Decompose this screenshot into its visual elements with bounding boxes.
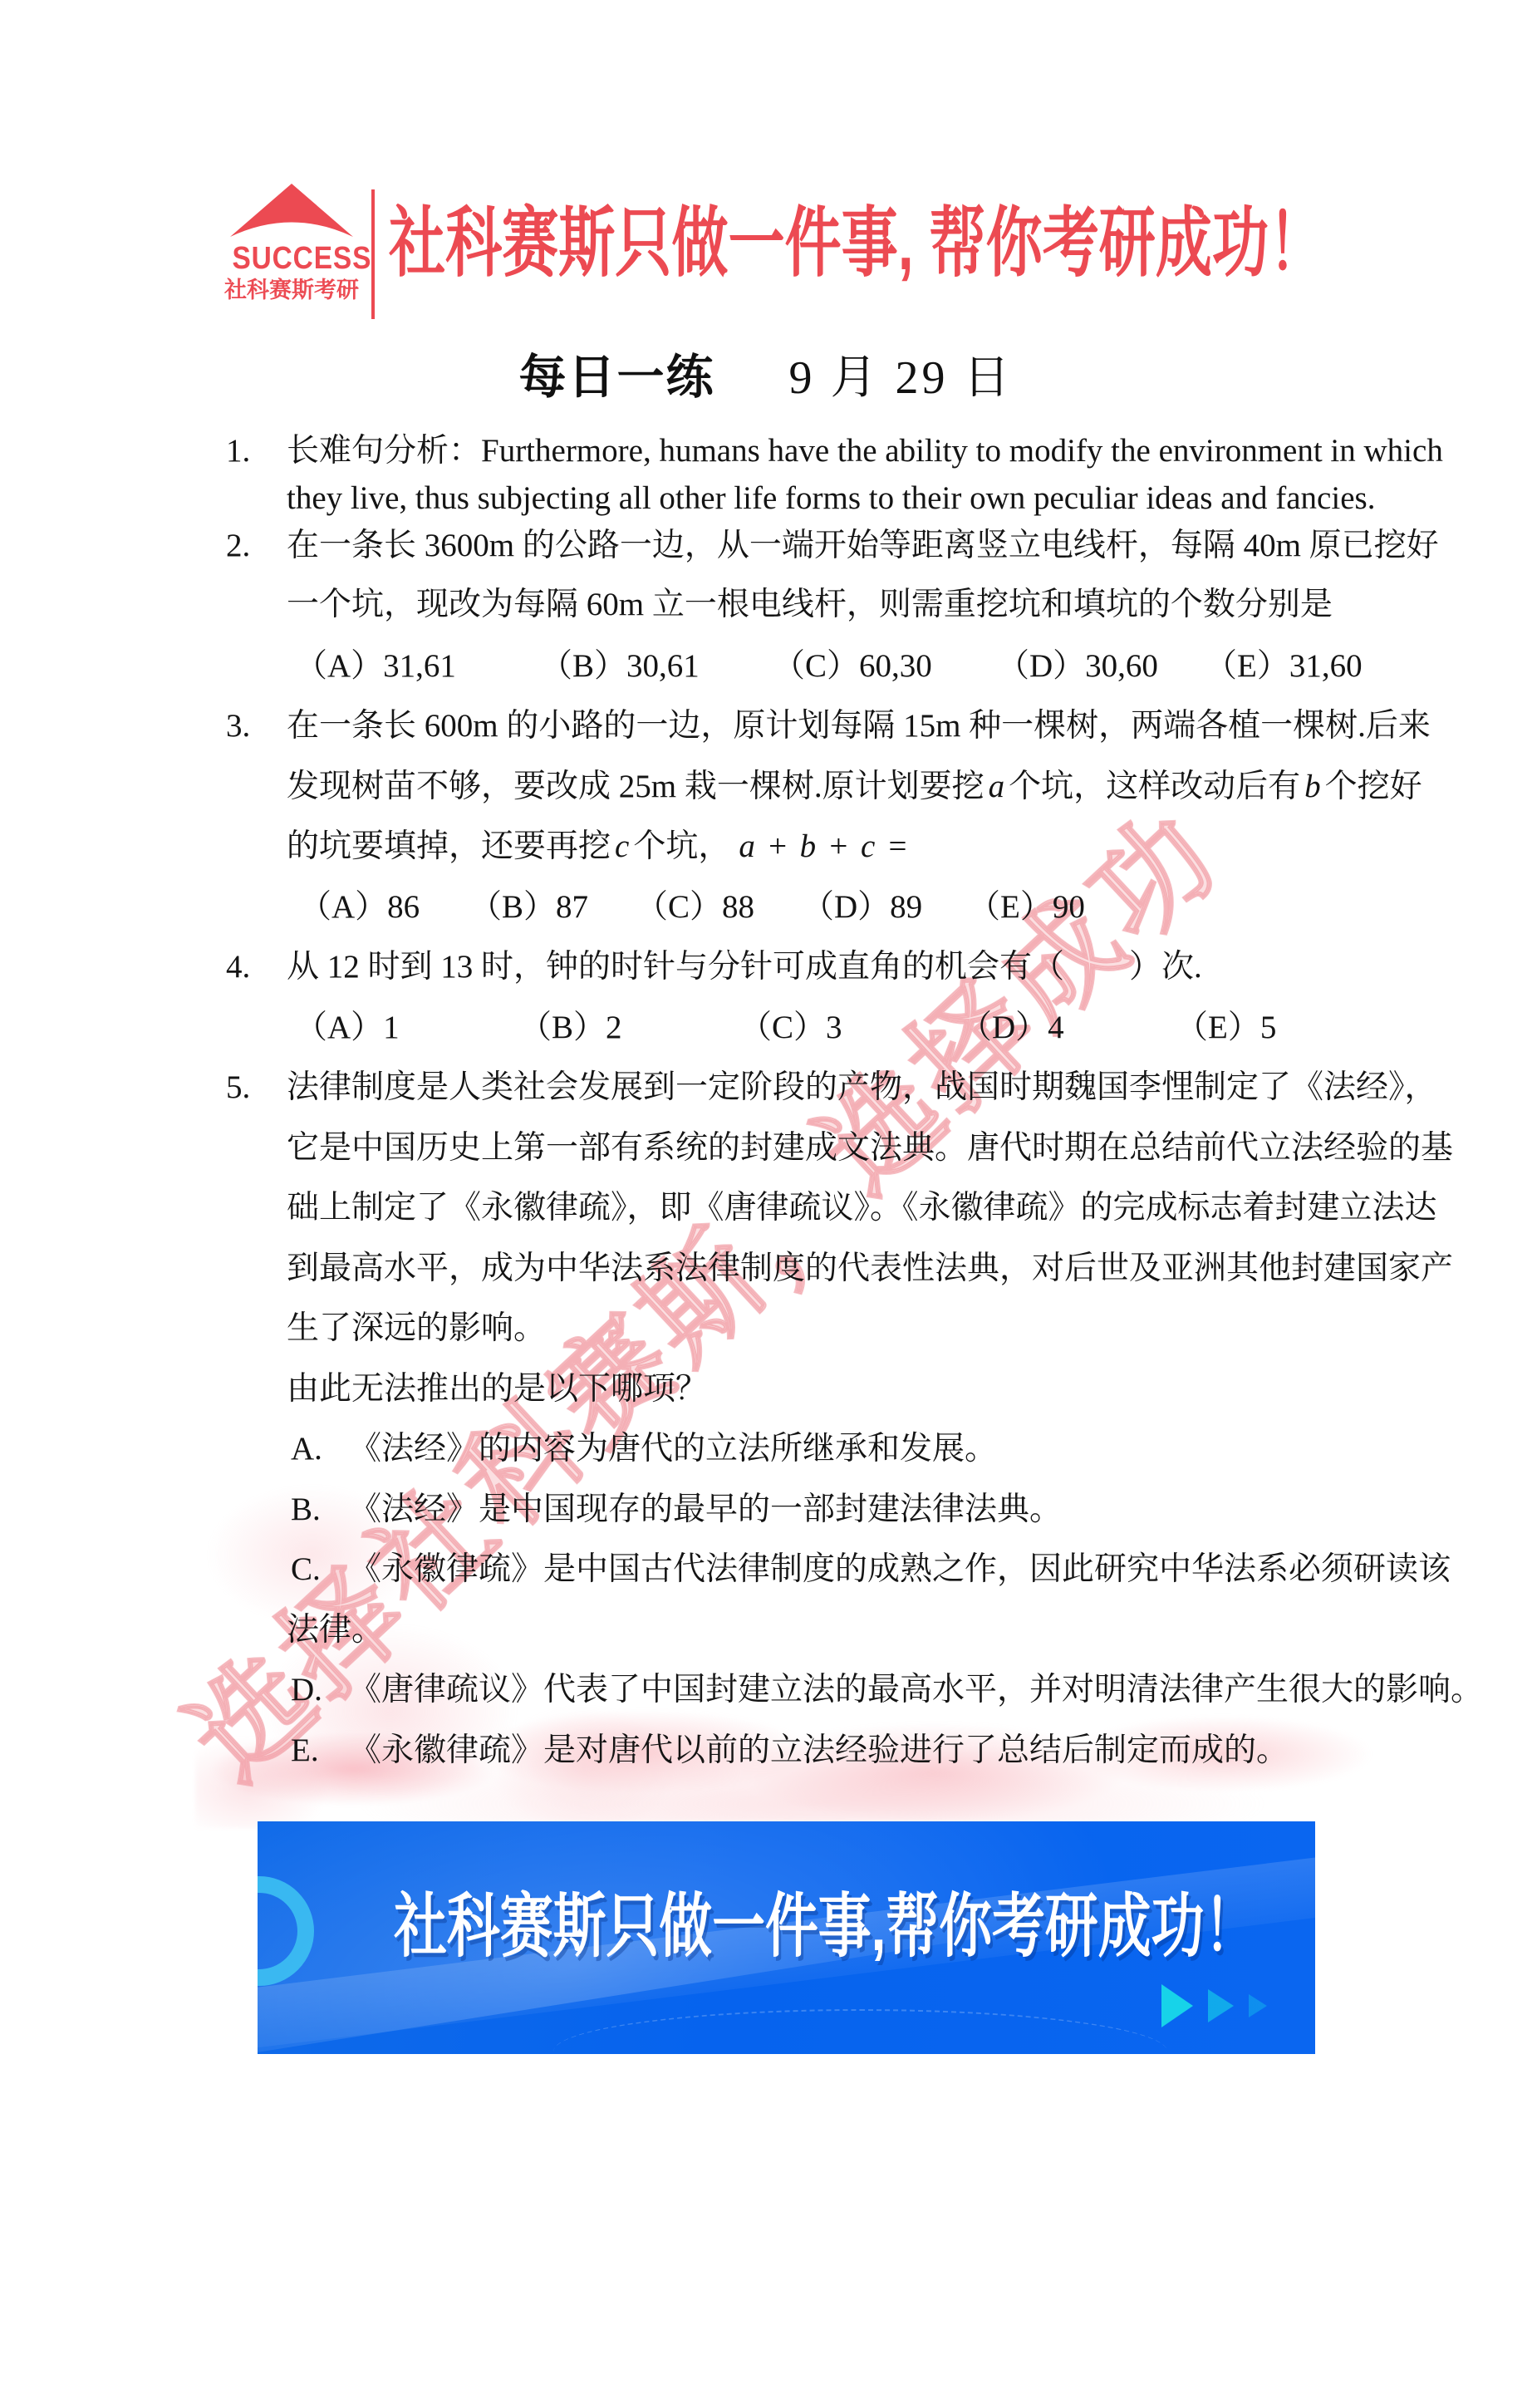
question-3-line-2: 发现树苗不够，要改成 25m 栽一棵树.原计划要挖a个坑，这样改动后有b个挖好 xyxy=(226,765,1422,808)
choice-label: A. xyxy=(291,1428,349,1471)
question-5-line-5: 生了深远的影响。 xyxy=(226,1307,546,1350)
choice-c-line-2: 法律。 xyxy=(226,1609,384,1652)
question-5-line-1: 5.法律制度是人类社会发展到一定阶段的产物，战国时期魏国李悝制定了《法经》， xyxy=(226,1066,1437,1109)
triangle-arrow-icon xyxy=(1161,1984,1193,2027)
choice-label: B. xyxy=(291,1488,349,1531)
choice-label: E. xyxy=(291,1729,349,1772)
choice-c: C.《永徽律疏》是中国古代法律制度的成熟之作，因此研究中华法系必须研读该 xyxy=(226,1548,1451,1591)
question-5-line-2: 它是中国历史上第一部有系统的封建成文法典。唐代时期在总结前代立法经验的基 xyxy=(226,1127,1453,1170)
success-logo: SUCCESS 社科赛斯考研 xyxy=(223,183,361,304)
banner-slogan: 社科赛斯只做一件事,帮你考研成功！ xyxy=(258,1883,1315,1969)
choice-label: C. xyxy=(291,1548,349,1591)
title-date: 9 月 29 日 xyxy=(789,352,1014,404)
question-number: 1. xyxy=(226,430,287,473)
option-c: （C）3 xyxy=(739,1006,842,1049)
option-d: （D）4 xyxy=(960,1006,1064,1049)
option-a: （A）31,61 xyxy=(295,645,456,688)
variable-a: a xyxy=(985,769,1009,804)
roof-icon xyxy=(223,183,361,239)
choice-label: D. xyxy=(291,1668,349,1712)
option-c: （C）60,30 xyxy=(773,645,932,688)
option-b: （B）30,61 xyxy=(540,645,700,688)
choice-e: E.《永徽律疏》是对唐代以前的立法经验进行了总结后制定而成的。 xyxy=(226,1729,1289,1772)
option-a: （A）1 xyxy=(295,1006,400,1049)
variable-c: c xyxy=(611,828,633,864)
option-e: （E）5 xyxy=(1176,1006,1276,1049)
question-3-line-3: 的坑要填掉，还要再挖c个坑，a + b + c = xyxy=(226,825,910,868)
choice-b: B.《法经》是中国现存的最早的一部封建法律法典。 xyxy=(226,1488,1062,1531)
logo-subtitle: 社科赛斯考研 xyxy=(223,276,361,304)
question-number: 5. xyxy=(226,1066,287,1109)
question-number: 4. xyxy=(226,946,287,989)
play-triangles-icon xyxy=(1161,1984,1267,2027)
title-name: 每日一练 xyxy=(519,351,715,404)
option-a: （A）86 xyxy=(299,886,420,929)
header-divider xyxy=(371,189,375,319)
option-e: （E）90 xyxy=(968,886,1085,929)
question-number: 3. xyxy=(226,705,287,748)
equation: a + b + c = xyxy=(730,828,910,864)
choice-a: A.《法经》的内容为唐代的立法所继承和发展。 xyxy=(226,1428,997,1471)
question-1-line-1: 1.长难句分析：Furthermore, humans have the abi… xyxy=(226,430,1443,473)
question-number: 2. xyxy=(226,524,287,568)
promo-banner: 社科赛斯只做一件事,帮你考研成功！ xyxy=(258,1821,1315,2054)
option-e: （E）31,60 xyxy=(1205,645,1363,688)
page-title: 每日一练 9 月 29 日 xyxy=(0,339,1532,407)
question-1-line-2: they live, thus subjecting all other lif… xyxy=(226,477,1375,520)
option-b: （B）87 xyxy=(469,886,588,929)
triangle-arrow-icon xyxy=(1249,1994,1267,2017)
question-2-line-2: 一个坑，现改为每隔 60m 立一根电线杆，则需重挖坑和填坑的个数分别是 xyxy=(226,583,1333,627)
option-d: （D）30,60 xyxy=(997,645,1158,688)
option-d: （D）89 xyxy=(802,886,922,929)
question-5-line-3: 础上制定了《永徽律疏》，即《唐律疏议》。《永徽律疏》的完成标志着封建立法达 xyxy=(226,1187,1437,1230)
choice-d: D.《唐律疏议》代表了中国封建立法的最高水平，并对明清法律产生很大的影响。 xyxy=(226,1668,1483,1712)
banner-arc-decoration xyxy=(553,2009,1166,2054)
option-c: （C）88 xyxy=(636,886,754,929)
triangle-arrow-icon xyxy=(1208,1989,1234,2022)
question-3-line-1: 3.在一条长 600m 的小路的一边，原计划每隔 15m 种一棵树，两端各植一棵… xyxy=(226,705,1431,748)
variable-b: b xyxy=(1300,769,1325,804)
option-b: （B）2 xyxy=(519,1006,622,1049)
header-slogan: 社科赛斯只做一件事, 帮你考研成功！ xyxy=(389,198,1532,289)
question-2-line-1: 2.在一条长 3600m 的公路一边，从一端开始等距离竖立电线杆，每隔 40m … xyxy=(226,524,1439,568)
question-5-line-4: 到最高水平，成为中华法系法律制度的代表性法典，对后世及亚洲其他封建国家产 xyxy=(226,1247,1453,1290)
question-4-line-1: 4.从 12 时到 13 时，钟的时针与分针可成直角的机会有（ ）次. xyxy=(226,946,1202,989)
question-5-prompt: 由此无法推出的是以下哪项？ xyxy=(226,1368,708,1411)
logo-name: SUCCESS xyxy=(232,241,371,276)
